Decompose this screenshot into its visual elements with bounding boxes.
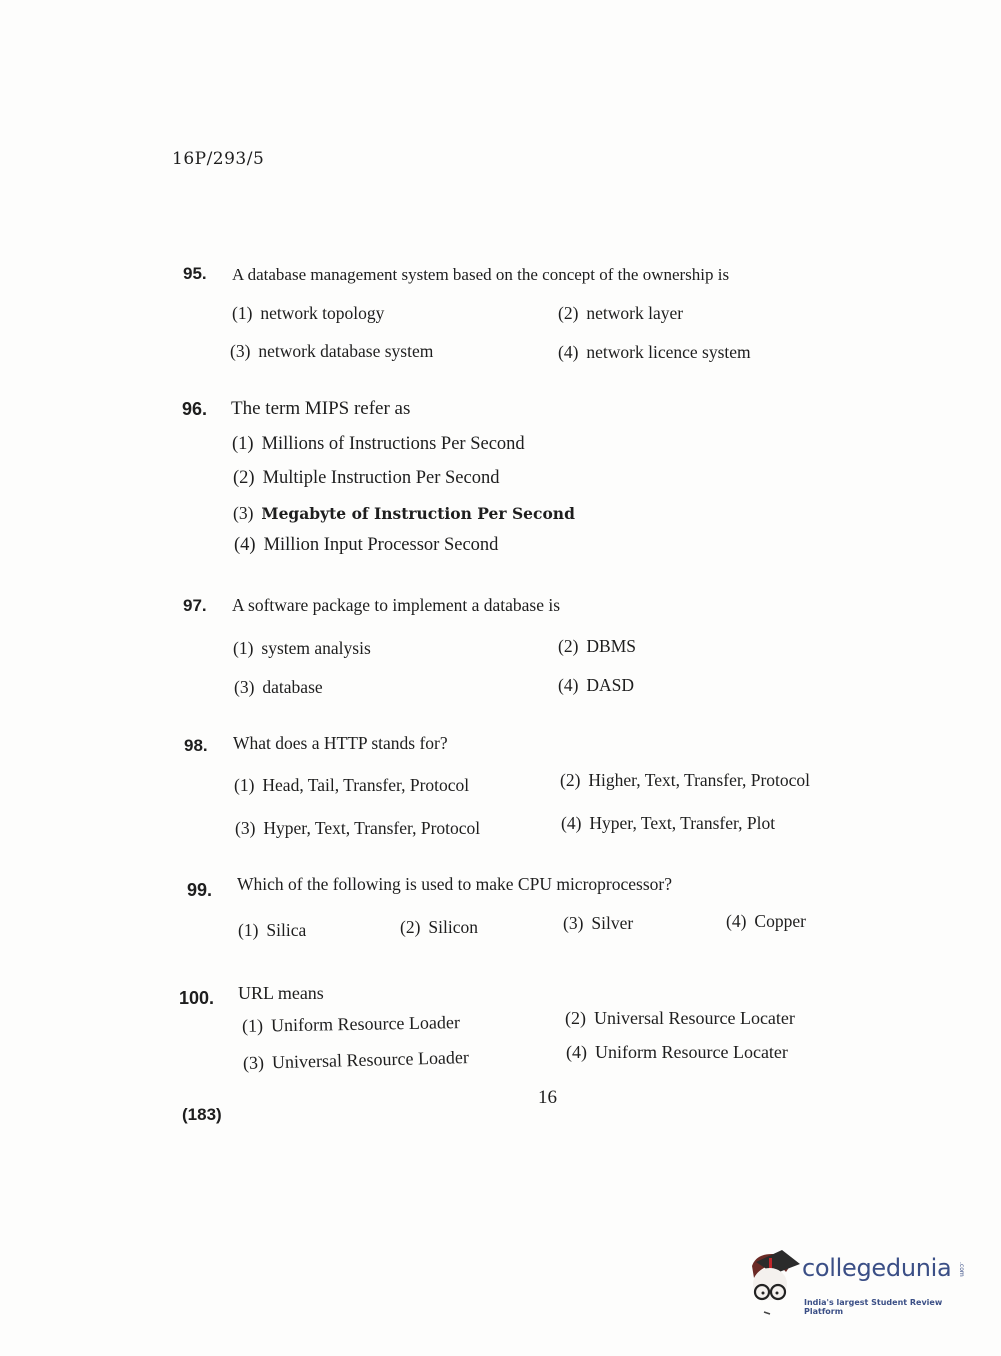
option-4: (4)Copper <box>726 911 806 932</box>
question-text: URL means <box>238 983 324 1004</box>
question-text: What does a HTTP stands for? <box>233 733 448 754</box>
question-text: The term MIPS refer as <box>231 398 410 420</box>
collegedunia-logo: collegedunia .com India's largest Studen… <box>742 1248 972 1318</box>
option-1: (1)system analysis <box>233 638 371 659</box>
option-1: (1)Millions of Instructions Per Second <box>232 434 525 455</box>
paper-code: 16P/293/5 <box>172 149 264 169</box>
option-4: (4)network licence system <box>558 342 751 363</box>
option-2: (2)network layer <box>558 303 683 324</box>
question-text: Which of the following is used to make C… <box>237 874 672 895</box>
option-1: (1)Silica <box>238 920 306 941</box>
question-text: A database management system based on th… <box>232 265 729 285</box>
option-1: (1)Uniform Resource Loader <box>242 1012 460 1037</box>
question-number: 96. <box>182 399 207 420</box>
brand-suffix: .com <box>958 1262 965 1277</box>
option-2: (2)DBMS <box>558 636 636 657</box>
option-3: (3)Hyper, Text, Transfer, Protocol <box>235 818 480 839</box>
option-3: (3)Megabyte of Instruction Per Second <box>233 503 575 524</box>
option-4: (4)Million Input Processor Second <box>234 535 498 556</box>
question-number: 95. <box>183 264 207 284</box>
option-3: (3)Universal Resource Loader <box>243 1047 469 1074</box>
option-1: (1)Head, Tail, Transfer, Protocol <box>234 775 469 796</box>
option-4: (4)Uniform Resource Locater <box>566 1042 788 1063</box>
question-number: 97. <box>183 596 207 616</box>
option-2: (2)Multiple Instruction Per Second <box>233 468 499 489</box>
option-4: (4)Hyper, Text, Transfer, Plot <box>561 813 775 834</box>
question-text: A software package to implement a databa… <box>232 595 560 616</box>
brand-name: collegedunia <box>802 1254 951 1282</box>
page-number: 16 <box>538 1087 557 1109</box>
question-number: 100. <box>179 988 214 1009</box>
option-3: (3)database <box>234 677 323 698</box>
brand-tagline: India's largest Student Review Platform <box>804 1298 972 1316</box>
option-4: (4)DASD <box>558 675 634 696</box>
booklet-code: (183) <box>182 1105 222 1125</box>
option-2: (2)Universal Resource Locater <box>565 1008 795 1029</box>
option-1: (1)network topology <box>232 303 384 324</box>
student-mascot-icon <box>742 1248 800 1318</box>
option-2: (2)Higher, Text, Transfer, Protocol <box>560 770 810 791</box>
option-3: (3)Silver <box>563 913 633 934</box>
option-3: (3)network database system <box>230 341 433 362</box>
question-number: 99. <box>187 880 212 901</box>
question-number: 98. <box>184 736 208 756</box>
option-2: (2)Silicon <box>400 917 478 938</box>
